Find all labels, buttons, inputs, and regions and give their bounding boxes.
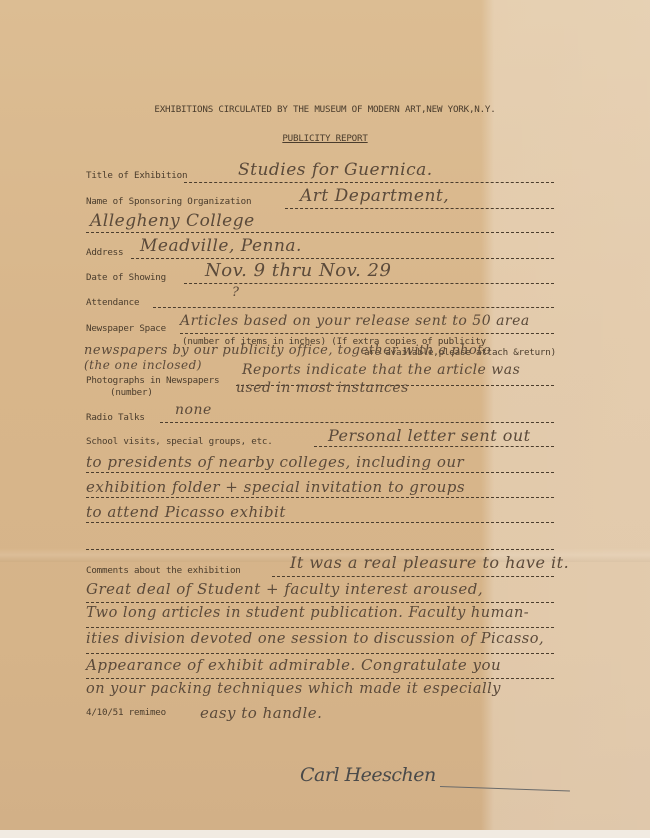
sponsor-line bbox=[285, 208, 554, 209]
signature: Carl Heeschen bbox=[300, 764, 436, 786]
attendance-line bbox=[153, 307, 554, 308]
newspaper-space-value-2: newspapers by our publicity office, toge… bbox=[84, 343, 491, 358]
comments-value-2: Great deal of Student + faculty interest… bbox=[86, 580, 483, 598]
school-value-4: to attend Picasso exhibit bbox=[86, 503, 286, 521]
document-heading: EXHIBITIONS CIRCULATED BY THE MUSEUM OF … bbox=[0, 104, 650, 115]
school-label: School visits, special groups, etc. bbox=[86, 436, 273, 447]
attendance-label: Attendance bbox=[86, 297, 139, 308]
attendance-value: ? bbox=[232, 285, 239, 300]
newspaper-space-value: Articles based on your release sent to 5… bbox=[180, 313, 530, 329]
comments-value: It was a real pleasure to have it. bbox=[290, 553, 569, 572]
comments-value-5: Appearance of exhibit admirable. Congrat… bbox=[86, 656, 501, 674]
school-line-4 bbox=[86, 522, 554, 523]
radio-value: none bbox=[175, 402, 212, 418]
photographs-value: Reports indicate that the article was bbox=[242, 362, 520, 378]
comments-value-6: on your packing techniques which made it… bbox=[86, 681, 501, 697]
radio-line bbox=[160, 422, 554, 423]
address-label: Address bbox=[86, 247, 123, 258]
photographs-label: Photographs in Newspapers bbox=[86, 375, 219, 386]
school-line-2 bbox=[86, 472, 554, 473]
comments-value-4: ities division devoted one session to di… bbox=[86, 631, 544, 647]
comments-line bbox=[272, 576, 554, 577]
radio-label: Radio Talks bbox=[86, 412, 145, 423]
date-line bbox=[184, 283, 554, 284]
paper-bottom-edge bbox=[0, 830, 650, 838]
comments-line-3 bbox=[86, 627, 554, 628]
school-value-2: to presidents of nearby colleges, includ… bbox=[86, 453, 464, 471]
date-label: Date of Showing bbox=[86, 272, 166, 283]
school-line-3 bbox=[86, 497, 554, 498]
photographs-value-2: used in most instances bbox=[236, 380, 409, 396]
school-value-3: exhibition folder + special invitation t… bbox=[86, 478, 465, 496]
photographs-sublabel: (number) bbox=[110, 387, 153, 398]
school-line-5 bbox=[86, 549, 554, 550]
title-label: Title of Exhibition bbox=[86, 170, 187, 181]
school-value: Personal letter sent out bbox=[328, 426, 531, 445]
newspaper-space-value-3: (the one inclosed) bbox=[84, 358, 202, 372]
newspaper-space-line bbox=[180, 333, 554, 334]
publicity-report-page: EXHIBITIONS CIRCULATED BY THE MUSEUM OF … bbox=[0, 0, 650, 838]
comments-label: Comments about the exhibition bbox=[86, 565, 241, 576]
sponsor-value: Art Department, bbox=[300, 186, 449, 206]
comments-value-7: easy to handle. bbox=[200, 704, 322, 722]
title-value: Studies for Guernica. bbox=[238, 160, 433, 180]
newspaper-space-label: Newspaper Space bbox=[86, 323, 166, 334]
signature-flourish bbox=[440, 786, 570, 792]
date-value: Nov. 9 thru Nov. 29 bbox=[205, 260, 391, 281]
document-subheading: PUBLICITY REPORT bbox=[0, 133, 650, 144]
comments-line-4 bbox=[86, 653, 554, 654]
sponsor-value-2: Allegheny College bbox=[90, 211, 255, 231]
address-line bbox=[131, 258, 554, 259]
sponsor-label: Name of Sponsoring Organization bbox=[86, 196, 251, 207]
sponsor-line-2 bbox=[86, 232, 554, 233]
comments-line-2 bbox=[86, 602, 554, 603]
title-line bbox=[184, 182, 554, 183]
mimeo-stamp: 4/10/51 remimeo bbox=[86, 707, 166, 718]
comments-line-5 bbox=[86, 678, 554, 679]
school-line bbox=[314, 446, 554, 447]
comments-value-3: Two long articles in student publication… bbox=[86, 605, 529, 621]
address-value: Meadville, Penna. bbox=[140, 236, 302, 256]
